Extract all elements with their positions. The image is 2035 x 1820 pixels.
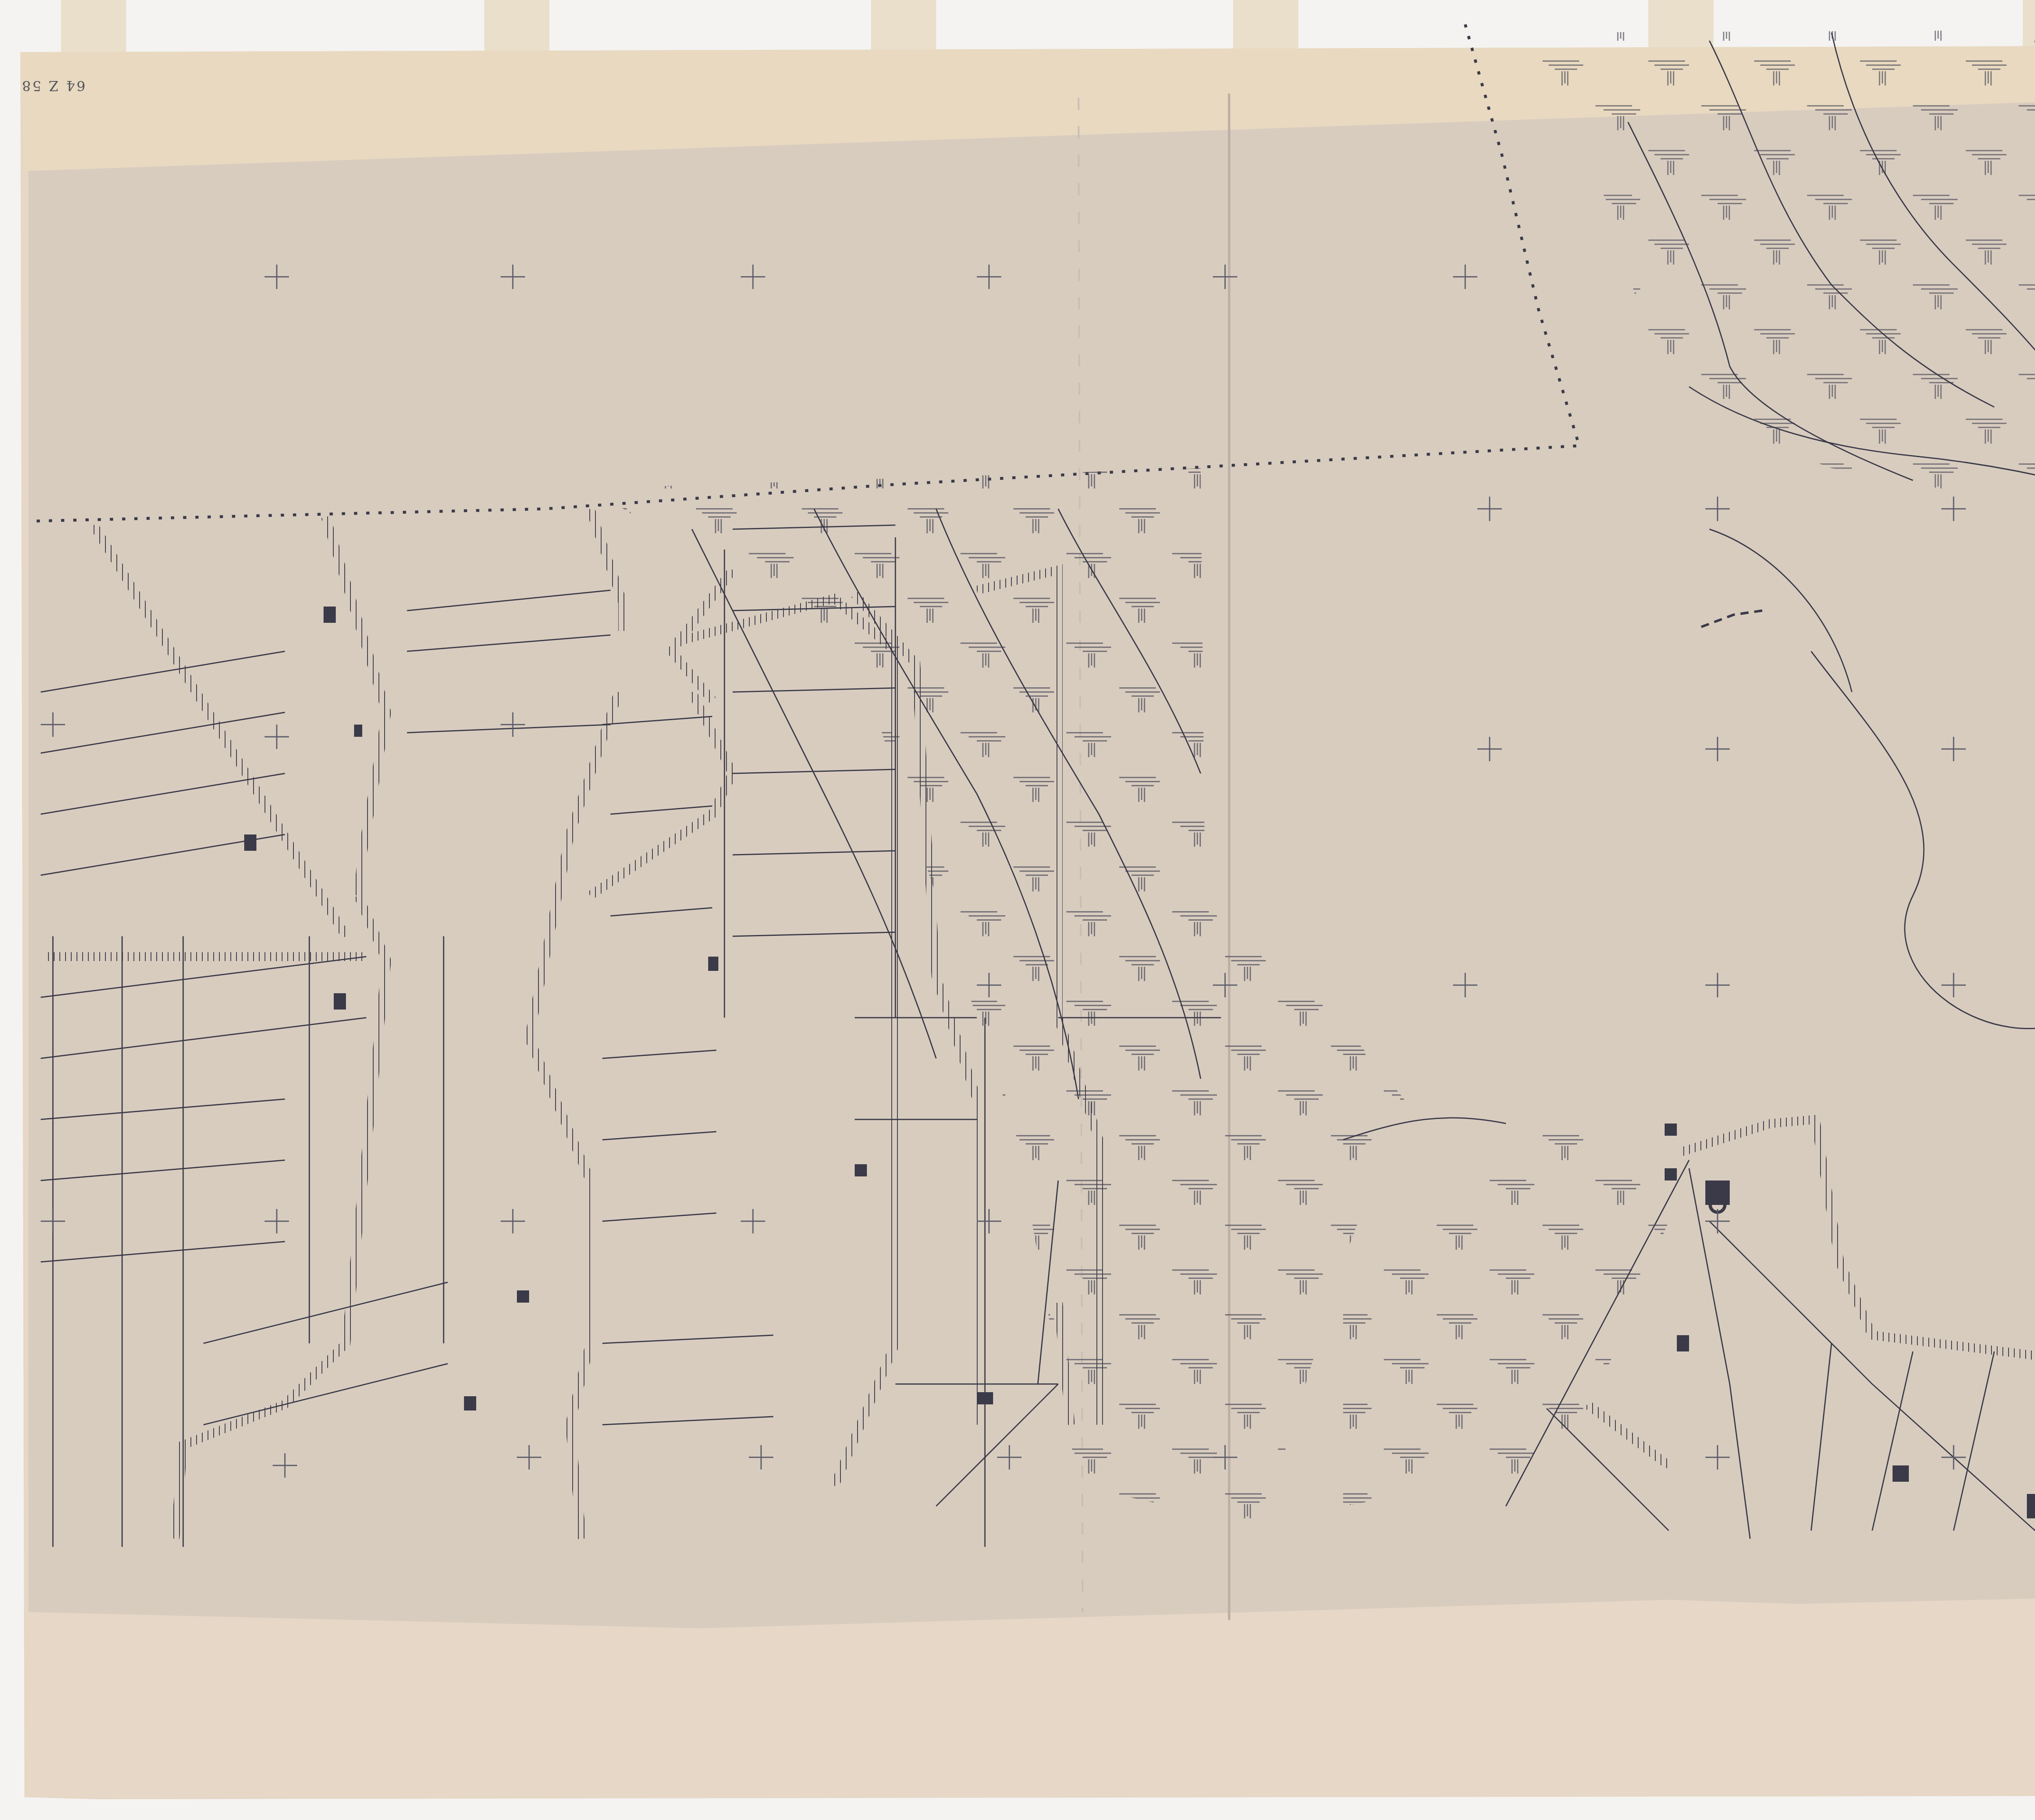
corner-pencil-annotation: 64 Z 58 — [20, 77, 85, 94]
map-sheet — [0, 0, 2035, 1820]
